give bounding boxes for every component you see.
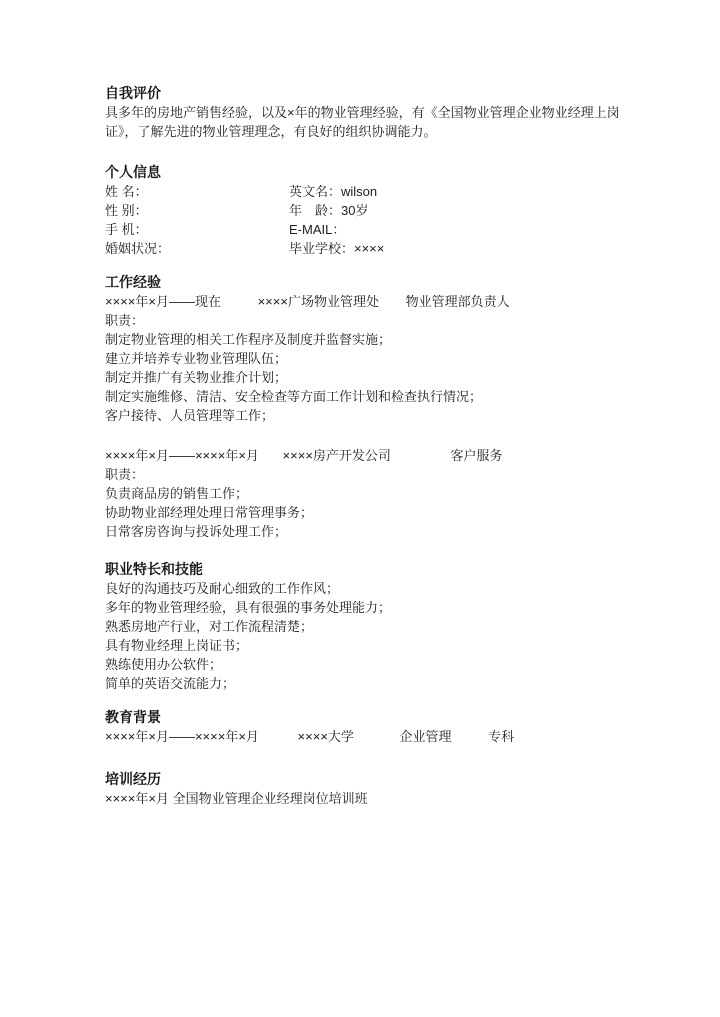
duty-item: 日常客房咨询与投诉处理工作； [105,522,637,541]
personal-info-row: 性 别： 年 龄：30岁 [105,201,637,220]
section-training: 培训经历 ××××年×月 全国物业管理企业经理岗位培训班 [105,770,637,808]
job-entry: 工作经验 ××××年×月——现在 ××××广场物业管理处 物业管理部负责人 职责… [105,273,637,425]
education-degree: 专科 [488,729,514,744]
duty-item: 负责商品房的销售工作； [105,484,637,503]
job-entry: ××××年×月——××××年×月 ××××房产开发公司 客户服务 职责： 负责商… [105,446,637,541]
duties-label: 职责： [105,465,637,484]
skill-item: 具有物业经理上岗证书； [105,636,637,655]
self-evaluation-text-line: 具多年的房地产销售经验，以及×年的物业管理经验，有《全国物业管理企业物业经理上岗 [105,103,637,122]
email-label: E-MAIL： [289,220,345,239]
skills-heading: 职业特长和技能 [105,560,637,579]
education-heading: 教育背景 [105,708,637,727]
skill-item: 熟悉房地产行业，对工作流程清楚； [105,617,637,636]
duty-item: 制定物业管理的相关工作程序及制度并监督实施； [105,330,637,349]
personal-info-row: 婚姻状况： 毕业学校：×××× [105,239,637,258]
resume-document: 自我评价 具多年的房地产销售经验，以及×年的物业管理经验，有《全国物业管理企业物… [0,0,720,1017]
job-period: ××××年×月——××××年×月 [105,448,259,463]
education-major: 企业管理 [400,729,452,744]
age-value: 年 龄：30岁 [289,201,368,220]
job-period: ××××年×月——现在 [105,294,221,309]
job-company: ××××房产开发公司 [283,448,391,463]
job-title: 物业管理部负责人 [406,294,510,309]
education-entry-line: ××××年×月——××××年×月 ××××大学 企业管理 专科 [105,727,637,746]
section-education: 教育背景 ××××年×月——××××年×月 ××××大学 企业管理 专科 [105,708,637,746]
self-evaluation-heading: 自我评价 [105,84,637,103]
skill-item: 熟练使用办公软件； [105,655,637,674]
job-header-line: ××××年×月——××××年×月 ××××房产开发公司 客户服务 [105,446,637,465]
section-personal-info: 个人信息 姓 名： 英文名：wilson 性 别： 年 龄：30岁 手 机： E… [105,163,637,258]
skill-item: 多年的物业管理经验，具有很强的事务处理能力； [105,598,637,617]
gender-label: 性 别： [105,201,289,220]
training-heading: 培训经历 [105,770,637,789]
document-content: 自我评价 具多年的房地产销售经验，以及×年的物业管理经验，有《全国物业管理企业物… [105,84,637,808]
work-experience-heading: 工作经验 [105,273,637,292]
graduate-school-value: 毕业学校：×××× [289,239,384,258]
name-label: 姓 名： [105,182,289,201]
section-skills: 职业特长和技能 良好的沟通技巧及耐心细致的工作作风； 多年的物业管理经验，具有很… [105,560,637,693]
job-header-line: ××××年×月——现在 ××××广场物业管理处 物业管理部负责人 [105,292,637,311]
duty-item: 协助物业部经理处理日常管理事务； [105,503,637,522]
job-company: ××××广场物业管理处 [258,294,379,309]
marital-status-label: 婚姻状况： [105,239,289,258]
personal-info-row: 手 机： E-MAIL： [105,220,637,239]
section-work-experience: 工作经验 ××××年×月——现在 ××××广场物业管理处 物业管理部负责人 职责… [105,273,637,541]
duty-item: 制定并推广有关物业推介计划； [105,368,637,387]
skill-item: 良好的沟通技巧及耐心细致的工作作风； [105,579,637,598]
job-title: 客户服务 [451,448,503,463]
self-evaluation-text-line: 证》，了解先进的物业管理理念，有良好的组织协调能力。 [105,122,637,141]
education-school: ××××大学 [298,729,354,744]
duties-label: 职责： [105,311,637,330]
personal-info-row: 姓 名： 英文名：wilson [105,182,637,201]
skill-item: 简单的英语交流能力； [105,674,637,693]
education-period: ××××年×月——××××年×月 [105,729,259,744]
duty-item: 建立并培养专业物业管理队伍； [105,349,637,368]
training-entry-line: ××××年×月 全国物业管理企业经理岗位培训班 [105,789,637,808]
mobile-label: 手 机： [105,220,289,239]
duty-item: 制定实施维修、清洁、安全检查等方面工作计划和检查执行情况； [105,387,637,406]
personal-info-heading: 个人信息 [105,163,637,182]
section-self-evaluation: 自我评价 具多年的房地产销售经验，以及×年的物业管理经验，有《全国物业管理企业物… [105,84,637,141]
english-name-value: 英文名：wilson [289,182,377,201]
duty-item: 客户接待、人员管理等工作； [105,406,637,425]
